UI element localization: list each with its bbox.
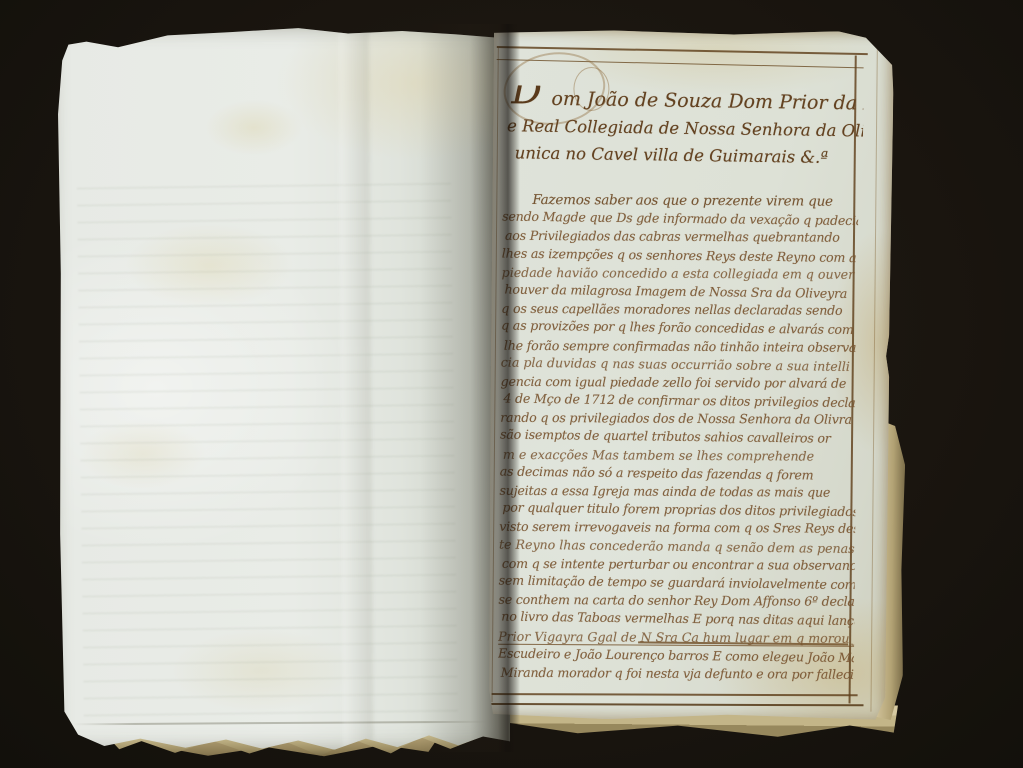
body-lines: Fazemos saber aos que o prezente virem q… — [498, 190, 859, 684]
flourished-initial: D — [511, 85, 542, 105]
border-rule-bottom — [490, 703, 864, 706]
manuscript-line: Miranda morador q foi nesta vja defunto … — [501, 664, 854, 684]
manuscript-photo: Dom João de Souza Dom Prior da Insignee … — [0, 0, 1023, 768]
left-page — [55, 25, 510, 752]
right-page: Dom João de Souza Dom Prior da Insignee … — [487, 28, 894, 722]
ink-show-through — [76, 183, 457, 716]
border-rule-right-outer — [870, 40, 878, 712]
fold-crease — [339, 25, 373, 749]
border-rule-bottom-inner — [492, 693, 858, 696]
heading-lines: Dom João de Souza Dom Prior da Insignee … — [506, 85, 863, 171]
fold-crease — [73, 721, 488, 726]
heading-line: unica no Cavel villa de Guimarais &.ª — [506, 139, 862, 171]
heading-line: Dom João de Souza Dom Prior da Insigne — [507, 85, 863, 117]
